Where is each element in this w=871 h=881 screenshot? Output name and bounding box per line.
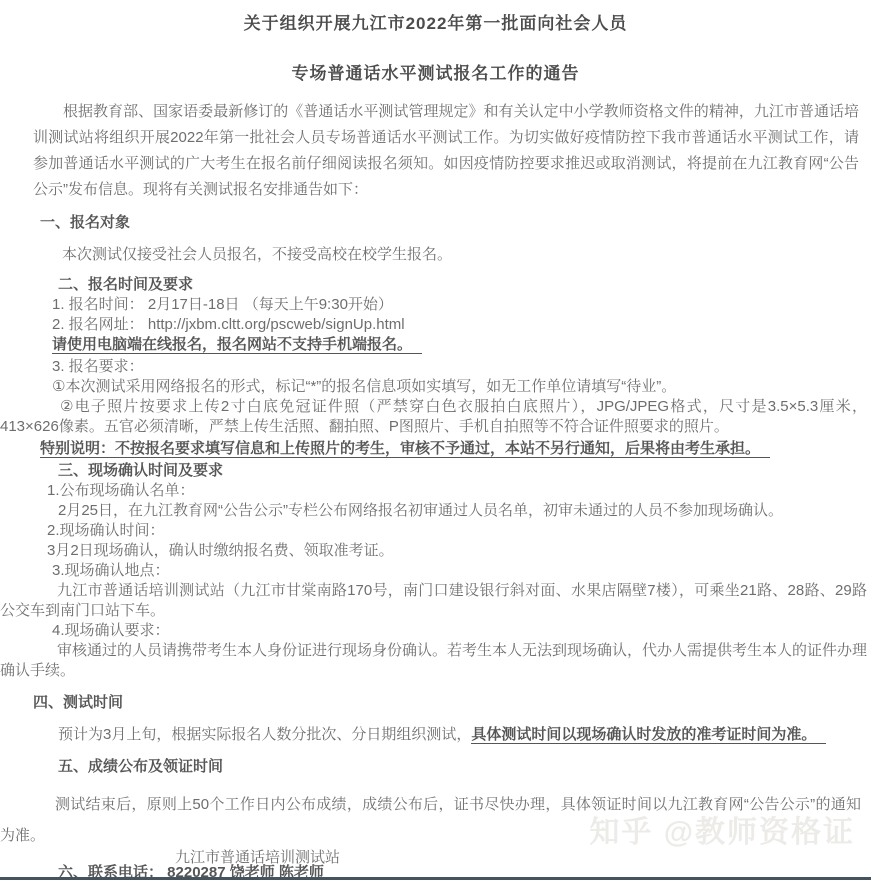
page-title-line1: 关于组织开展九江市2022年第一批面向社会人员 — [0, 0, 871, 34]
footer-organization: 九江市普通话培训测试站 — [175, 846, 340, 867]
section-1-heading: 一、报名对象 — [40, 213, 871, 233]
intro-paragraph: 根据教育部、国家语委最新修订的《普通话水平测试管理规定》和有关认定中小学教师资格… — [33, 99, 859, 203]
section-1-body: 本次测试仅接受社会人员报名，不接受高校在校学生报名。 — [62, 245, 871, 265]
section-5-heading: 五、成绩公布及领证时间 — [58, 757, 871, 777]
section-2-special-note: 特别说明：不按报名要求填写信息和上传照片的考生，审核不予通过，本站不另行通知，后… — [40, 439, 871, 459]
announcement-document: 关于组织开展九江市2022年第一批面向社会人员 专场普通话水平测试报名工作的通告… — [0, 0, 871, 881]
special-note-text: 特别说明：不按报名要求填写信息和上传照片的考生，审核不予通过，本站不另行通知，后… — [40, 440, 770, 458]
zhihu-watermark: 知乎 @教师资格证 — [589, 807, 855, 851]
section-3-item-4-body: 审核通过的人员请携带考生本人身份证进行现场身份确认。若考生本人无法到现场确认，代… — [0, 641, 867, 681]
section-2-heading: 二、报名时间及要求 — [58, 275, 871, 295]
section-4-heading: 四、测试时间 — [33, 693, 871, 713]
section-3-item-2: 2.现场确认时间： — [47, 521, 871, 541]
section-3-item-3: 3.现场确认地点： — [52, 561, 871, 581]
section-3-item-2-body: 3月2日现场确认，确认时缴纳报名费、领取准考证。 — [47, 541, 871, 561]
section-2-requirement-2: ②电子照片按要求上传2寸白底免冠证件照（严禁穿白色衣服拍白底照片），JPG/JP… — [0, 397, 867, 437]
section-3-heading: 三、现场确认时间及要求 — [58, 461, 871, 481]
section-2-item-requirements: 3. 报名要求： — [52, 357, 871, 377]
section-2-item-signup-time: 1. 报名时间： 2月17日-18日 （每天上午9:30开始） — [52, 295, 871, 315]
pc-only-notice-text: 请使用电脑端在线报名，报名网站不支持手机端报名。 — [52, 336, 422, 354]
section-2-requirement-1: ①本次测试采用网络报名的形式，标记“*”的报名信息项如实填写，如无工作单位请填写… — [52, 377, 871, 397]
section-3-item-3-body: 九江市普通话培训测试站（九江市甘棠南路170号，南门口建设银行斜对面、水果店隔壁… — [0, 581, 867, 621]
section-2-pc-only-notice: 请使用电脑端在线报名，报名网站不支持手机端报名。 — [52, 335, 871, 355]
page-title-line2: 专场普通话水平测试报名工作的通告 — [0, 34, 871, 84]
section-2-item-signup-url: 2. 报名网址： http://jxbm.cltt.org/pscweb/sig… — [52, 315, 871, 335]
section-3-item-1-body: 2月25日，在九江教育网“公告公示”专栏公布网络报名初审通过人员名单，初审未通过… — [58, 501, 871, 521]
section-4-body-normal: 预计为3月上旬，根据实际报名人数分批次、分日期组织测试， — [58, 726, 471, 743]
section-4-body: 预计为3月上旬，根据实际报名人数分批次、分日期组织测试，具体测试时间以现场确认时… — [58, 725, 871, 745]
section-3-item-4: 4.现场确认要求： — [52, 621, 871, 641]
bottom-divider — [0, 877, 871, 880]
section-4-body-emphasis: 具体测试时间以现场确认时发放的准考证时间为准。 — [471, 726, 826, 744]
section-3-item-1: 1.公布现场确认名单： — [47, 481, 871, 501]
